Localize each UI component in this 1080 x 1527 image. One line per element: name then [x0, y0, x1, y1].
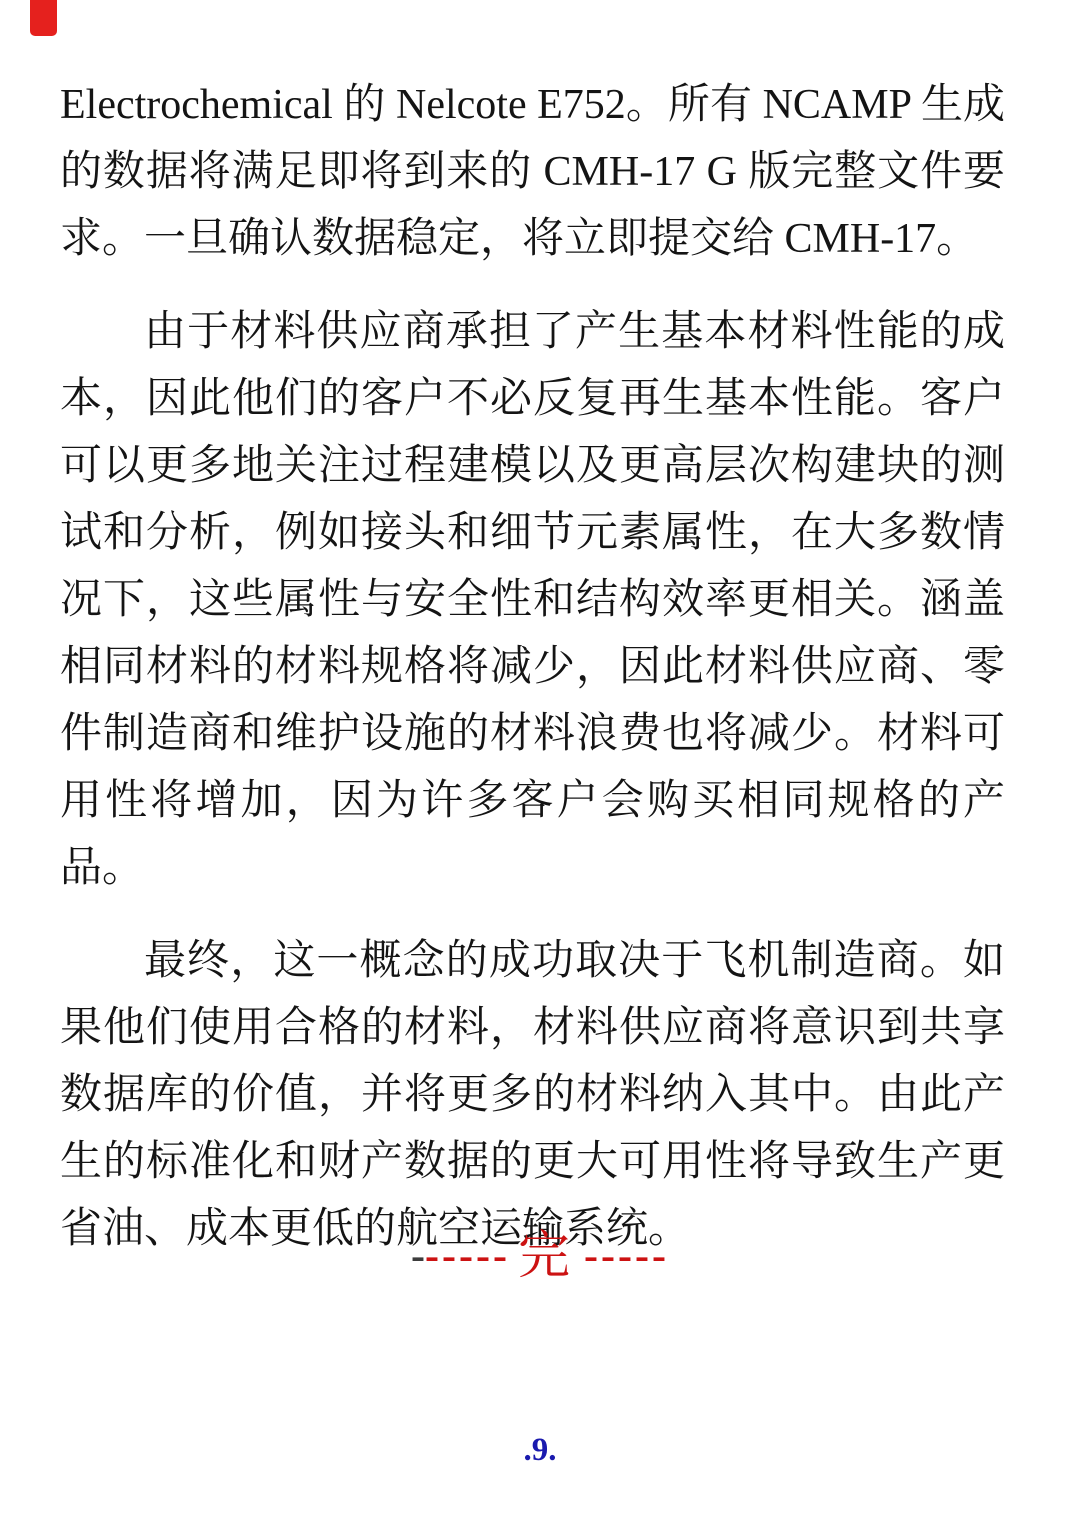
document-page: Electrochemical 的 Nelcote E752。所有 NCAMP …	[0, 0, 1080, 1527]
red-corner-stamp	[30, 0, 57, 36]
end-marker-lead-dash: -	[411, 1233, 425, 1279]
paragraph-1: Electrochemical 的 Nelcote E752。所有 NCAMP …	[60, 72, 1005, 273]
end-marker-right-dashes: -----	[584, 1233, 669, 1279]
page-number: .9.	[0, 1432, 1080, 1469]
paragraph-3: 最终，这一概念的成功取决于飞机制造商。如果他们使用合格的材料，材料供应商将意识到…	[60, 928, 1005, 1263]
end-marker-word: 完	[518, 1228, 570, 1285]
paragraph-2: 由于材料供应商承担了产生基本材料性能的成本，因此他们的客户不必反复再生基本性能。…	[60, 299, 1005, 902]
end-marker: ------完-----	[0, 1232, 1080, 1281]
document-body: Electrochemical 的 Nelcote E752。所有 NCAMP …	[60, 72, 1005, 1289]
end-marker-left-dashes: -----	[425, 1233, 510, 1279]
